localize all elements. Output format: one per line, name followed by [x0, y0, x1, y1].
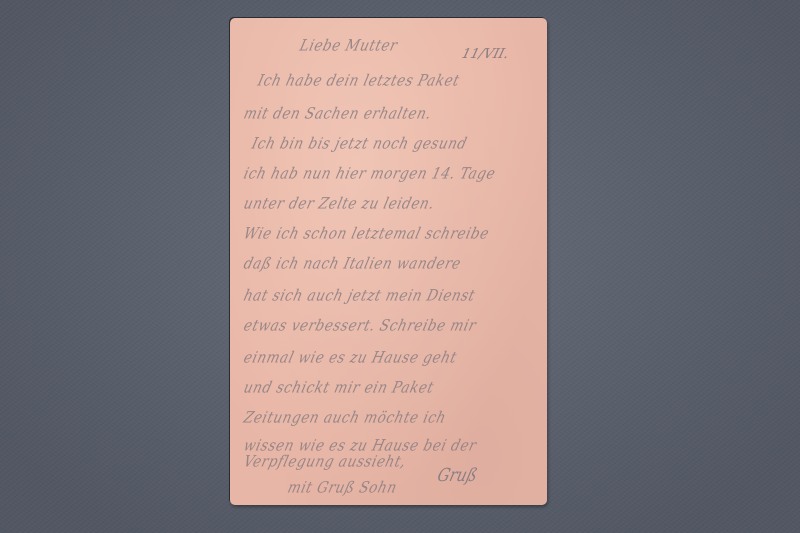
letter-line: einmal wie es zu Hause geht	[242, 349, 538, 367]
letter-line: und schickt mir ein Paket	[242, 379, 538, 397]
letter-line: daß ich nach Italien wandere	[242, 255, 538, 273]
closing: mit Gruß Sohn	[286, 479, 538, 497]
letter-line: Ich bin bis jetzt noch gesund	[250, 135, 538, 153]
letter-line: etwas verbessert. Schreibe mir	[242, 317, 538, 335]
letter-line: ich hab nun hier morgen 14. Tage	[242, 165, 538, 183]
letter-line: Verpflegung aussieht,	[242, 453, 538, 471]
signature: Gruß	[435, 464, 479, 486]
letter-line: unter der Zelte zu leiden.	[242, 195, 538, 213]
letter-line: Zeitungen auch möchte ich	[242, 409, 538, 427]
letter-line: Wie ich schon letztemal schreibe	[242, 225, 538, 243]
letter-line: mit den Sachen erhalten.	[242, 105, 538, 123]
date: 11/VII.	[460, 46, 510, 62]
letter-line: Ich habe dein letztes Paket	[256, 72, 538, 90]
letter-line: hat sich auch jetzt mein Dienst	[242, 287, 538, 305]
postcard: Liebe Mutter 11/VII. Ich habe dein letzt…	[230, 18, 547, 505]
